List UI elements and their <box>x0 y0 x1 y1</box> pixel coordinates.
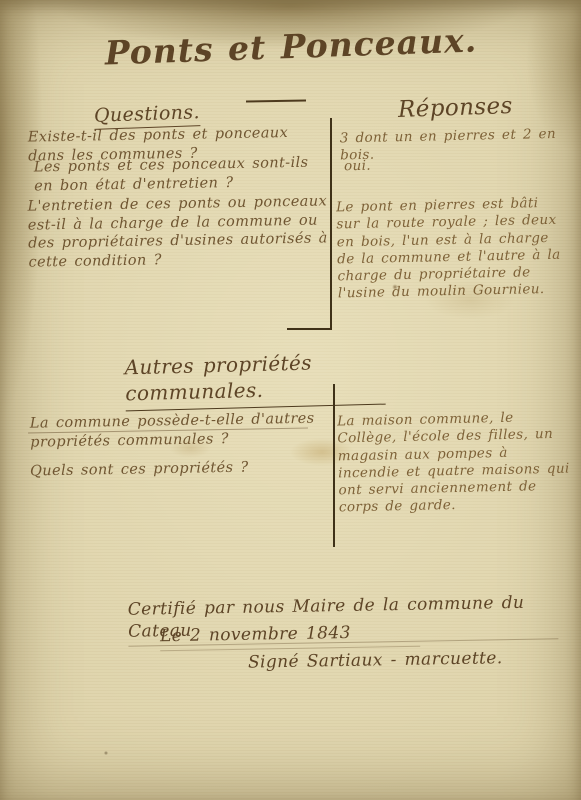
document-title: Ponts et Ponceaux. <box>80 19 501 76</box>
question-bridges-maintenance: L'entretien de ces ponts ou ponceaux est… <box>27 192 328 271</box>
manuscript-page: Ponts et Ponceaux. Questions. Réponses E… <box>0 0 581 800</box>
column-divider-top <box>330 118 332 330</box>
answer-other-properties: La maison commune, le Collège, l'école d… <box>337 409 571 517</box>
responses-column-header: Réponses <box>398 92 514 125</box>
title-underline-rule <box>246 99 306 102</box>
certification-signature: Signé Sartiaux - marcuette. <box>248 647 548 674</box>
question-which-properties: Quels sont ces propriétés ? <box>30 458 310 481</box>
answer-bridges-condition: oui. <box>344 156 464 176</box>
column-divider-bottom <box>333 384 335 547</box>
section-heading-other-properties: Autres propriétés communales. <box>124 349 385 412</box>
question-bridges-condition: Les ponts et ces ponceaux sont-ils en bo… <box>34 153 323 195</box>
answer-bridges-maintenance: Le pont en pierres est bâti sur la route… <box>336 195 566 303</box>
certification-date: Le 2 novembre 1843 <box>160 622 420 651</box>
column-divider-foot <box>287 328 331 330</box>
